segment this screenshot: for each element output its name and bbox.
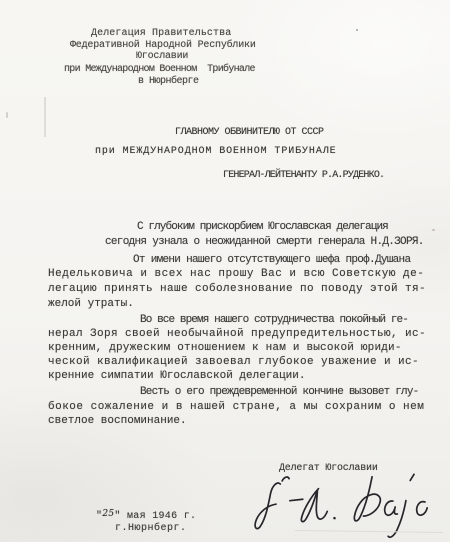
- date-rest: мая 1946 г.: [121, 511, 197, 522]
- body-p3-line-1: Во все время нашего сотрудничества покой…: [140, 314, 408, 326]
- addressee-line-1: ГЛАВНОМУ ОБВИНИТЕЛЮ ОТ СССР: [175, 127, 324, 139]
- addressee-line-3: ГЕНЕРАЛ-ЛЕЙТЕНАНТУ Р.А.РУДЕНКО.: [223, 170, 384, 182]
- body-p2-line-1: От имени нашего отсутствующего шефа проф…: [133, 254, 410, 266]
- city-line: г.Нюрнберг.: [115, 523, 187, 535]
- body-p1-line-2: сегодня узнала о неожиданной смерти гене…: [105, 236, 424, 248]
- body-p4-line-2: бокое сожаление и в нашей стране, а мы с…: [48, 401, 424, 413]
- body-p2-line-3: легацию принять наше соболезнование по п…: [48, 283, 426, 295]
- date-line: "25" мая 1946 г.: [96, 510, 196, 523]
- body-p1-line-1: С глубоким прискорбием Югославская делег…: [137, 221, 388, 233]
- body-p4-line-3: светлое воспоминание.: [48, 415, 187, 427]
- letterhead-line-3: Югославии: [136, 51, 188, 63]
- body-p3-line-4: ческой квалификацией завоевал глубокое у…: [48, 356, 419, 368]
- body-p4-line-1: Весть о его преждевременной кончине вызо…: [140, 386, 418, 398]
- body-p2-line-4: желой утраты.: [48, 298, 134, 310]
- paper-speck: [432, 229, 435, 231]
- body-p3-line-3: кренним, дружеским отношением к нам и вы…: [48, 342, 402, 354]
- letterhead-line-1: Делегация Правительства: [91, 28, 231, 40]
- paper-crease: [44, 97, 46, 137]
- body-p3-line-5: кренние симпатии Югославской делегации.: [48, 370, 305, 382]
- handwritten-day: 25: [102, 509, 114, 519]
- letterhead-line-4: при Международном Военном Трибунале: [64, 64, 255, 76]
- paper-speck: [6, 112, 8, 118]
- letterhead-line-5: в Нюрнберге: [138, 76, 199, 88]
- paper-speck: [356, 29, 358, 31]
- addressee-line-2: при МЕЖДУНАРОДНОМ ВОЕННОМ ТРИБУНАЛЕ: [95, 146, 337, 158]
- body-p2-line-2: Недельковича и всех нас прошу Вас и всю …: [48, 268, 424, 280]
- scanned-letter-page: Делегация Правительства Федеративной Нар…: [0, 0, 450, 542]
- body-p3-line-2: нерал Зоря своей необычайной предупредит…: [48, 328, 426, 340]
